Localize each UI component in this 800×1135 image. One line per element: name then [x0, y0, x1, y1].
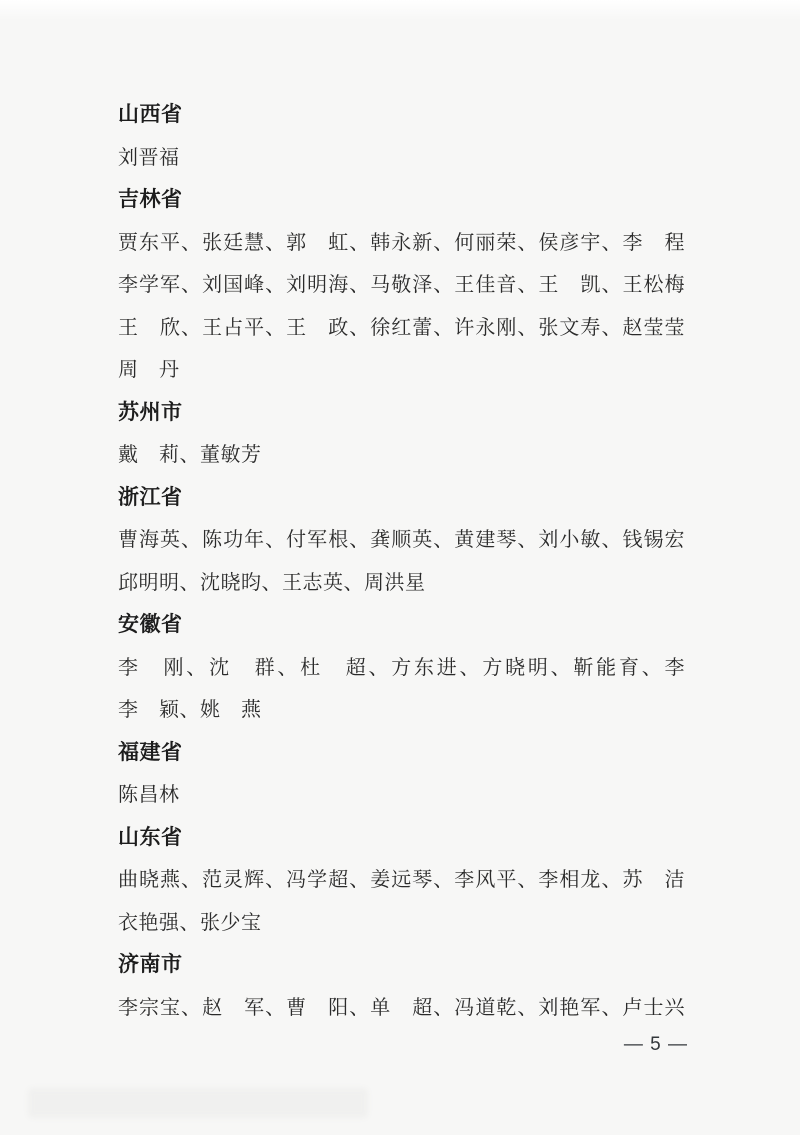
name-line: 刘晋福	[118, 137, 685, 180]
name-line: 周 丹	[118, 349, 685, 392]
name-line: 曲晓燕、范灵辉、冯学超、姜远琴、李风平、李相龙、苏 洁	[118, 859, 685, 902]
name-list-content: 山西省 刘晋福 吉林省 贾东平、张廷慧、郭 虹、韩永新、何丽荣、侯彦宇、李 程 …	[118, 94, 685, 1029]
section-heading-fujian: 福建省	[118, 732, 685, 775]
name-line: 曹海英、陈功年、付军根、龚顺英、黄建琴、刘小敏、钱锡宏	[118, 519, 685, 562]
scanned-document-page: 山西省 刘晋福 吉林省 贾东平、张廷慧、郭 虹、韩永新、何丽荣、侯彦宇、李 程 …	[0, 0, 800, 1135]
name-line: 戴 莉、董敏芳	[118, 434, 685, 477]
section-heading-jinan: 济南市	[118, 944, 685, 987]
section-heading-jilin: 吉林省	[118, 179, 685, 222]
name-line: 衣艳强、张少宝	[118, 902, 685, 945]
section-heading-zhejiang: 浙江省	[118, 477, 685, 520]
section-heading-shandong: 山东省	[118, 817, 685, 860]
name-line: 陈昌林	[118, 774, 685, 817]
scan-artifact-ghost-text	[28, 1088, 368, 1118]
name-line: 贾东平、张廷慧、郭 虹、韩永新、何丽荣、侯彦宇、李 程	[118, 222, 685, 265]
name-line: 邱明明、沈晓昀、王志英、周洪星	[118, 562, 685, 605]
name-line: 李学军、刘国峰、刘明海、马敬泽、王佳音、王 凯、王松梅	[118, 264, 685, 307]
section-heading-anhui: 安徽省	[118, 604, 685, 647]
name-line: 李 颖、姚 燕	[118, 689, 685, 732]
page-number: — 5 —	[624, 1030, 688, 1060]
section-heading-shanxi: 山西省	[118, 94, 685, 137]
scan-top-sheen	[0, 0, 800, 20]
name-line: 李宗宝、赵 军、曹 阳、单 超、冯道乾、刘艳军、卢士兴	[118, 987, 685, 1030]
name-line: 李 刚、沈 群、杜 超、方东进、方晓明、靳能育、李 琦、	[118, 647, 685, 690]
section-heading-suzhou: 苏州市	[118, 392, 685, 435]
name-line: 王 欣、王占平、王 政、徐红蕾、许永刚、张文寿、赵莹莹	[118, 307, 685, 350]
